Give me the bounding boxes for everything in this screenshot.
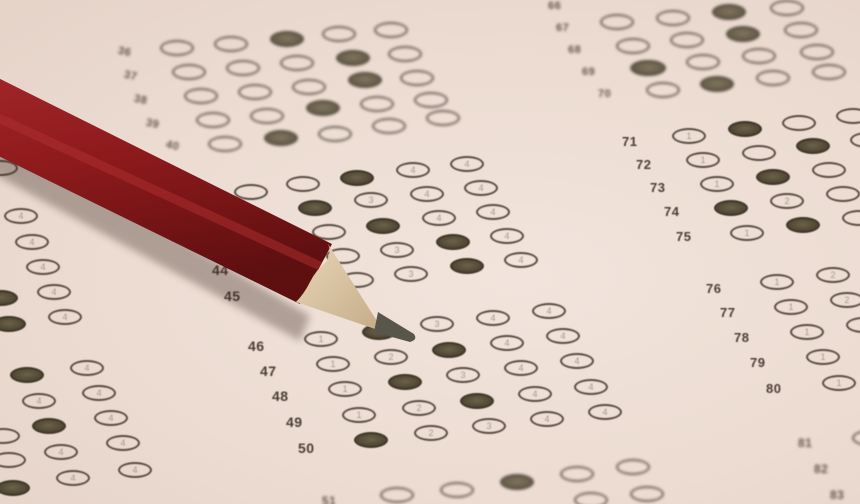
answer-bubble[interactable] [616, 459, 650, 475]
answer-bubble-filled[interactable] [306, 100, 340, 116]
answer-bubble-filled[interactable] [450, 258, 484, 274]
question-number: 74 [664, 204, 679, 219]
answer-bubble-filled[interactable] [436, 234, 470, 250]
answer-bubble[interactable] [812, 162, 846, 178]
answer-bubble[interactable]: 1 [342, 407, 376, 423]
question-number: 82 [814, 462, 828, 476]
answer-bubble[interactable]: 1 [822, 375, 856, 391]
answer-bubble[interactable]: 4 [546, 328, 580, 344]
answer-bubble[interactable] [292, 79, 326, 95]
answer-bubble[interactable] [238, 84, 272, 100]
answer-bubble[interactable] [770, 0, 804, 16]
answer-bubble[interactable] [560, 466, 594, 482]
answer-bubble[interactable]: 1 [304, 331, 338, 347]
answer-bubble[interactable]: 4 [504, 252, 538, 268]
answer-bubble[interactable] [372, 118, 406, 134]
answer-bubble-filled[interactable] [348, 72, 382, 88]
question-number: 36 [117, 45, 132, 59]
answer-bubble[interactable] [208, 136, 242, 152]
answer-bubble-filled[interactable] [264, 130, 298, 146]
answer-bubble[interactable]: 3 [394, 266, 428, 282]
answer-bubble[interactable] [836, 108, 860, 124]
question-number: 78 [734, 330, 749, 345]
answer-bubble[interactable]: 4 [48, 309, 82, 325]
answer-bubble[interactable]: 4 [396, 162, 430, 178]
question-number: 44 [212, 262, 229, 278]
answer-bubble[interactable] [784, 22, 818, 38]
answer-bubble[interactable]: 1 [328, 381, 362, 397]
answer-bubble-filled[interactable] [362, 324, 396, 340]
answer-bubble-filled[interactable] [756, 169, 790, 185]
answer-bubble-filled[interactable] [366, 218, 400, 234]
answer-bubble-filled[interactable] [712, 4, 746, 20]
answer-bubble[interactable] [250, 108, 284, 124]
question-number: 51 [322, 494, 336, 504]
answer-bubble[interactable] [374, 22, 408, 38]
question-number: 66 [548, 0, 561, 12]
answer-bubble[interactable]: 4 [504, 360, 538, 376]
question-number: 80 [766, 381, 781, 396]
answer-bubble[interactable] [184, 88, 218, 104]
question-number: 70 [598, 88, 611, 100]
answer-bubble[interactable] [234, 184, 268, 200]
question-number: 40 [165, 139, 180, 153]
answer-bubble[interactable] [670, 32, 704, 48]
answer-bubble-filled[interactable] [728, 121, 762, 137]
answer-bubble[interactable] [600, 14, 634, 30]
answer-bubble[interactable]: 2 [414, 425, 448, 441]
answer-bubble[interactable]: 4 [44, 444, 78, 460]
question-number: 39 [145, 117, 160, 131]
answer-bubble[interactable] [226, 60, 260, 76]
answer-bubble[interactable]: 3 [446, 367, 480, 383]
answer-bubble[interactable]: 4 [56, 470, 90, 486]
answer-bubble[interactable] [172, 64, 206, 80]
answer-bubble[interactable]: 4 [94, 410, 128, 426]
answer-bubble[interactable]: 1 [316, 356, 350, 372]
question-number: 37 [123, 69, 138, 83]
answer-bubble-filled[interactable] [0, 290, 18, 306]
answer-bubble-filled[interactable] [10, 367, 44, 383]
answer-bubble[interactable] [842, 210, 860, 226]
answer-bubble[interactable] [646, 82, 680, 98]
answer-bubble[interactable]: 4 [490, 228, 524, 244]
answer-bubble-filled[interactable] [354, 432, 388, 448]
answer-bubble[interactable]: 4 [15, 234, 49, 250]
question-number: 45 [224, 288, 241, 304]
answer-bubble[interactable] [414, 92, 448, 108]
answer-bubble[interactable]: 4 [490, 335, 524, 351]
answer-bubble[interactable]: 1 [760, 274, 794, 290]
answer-bubble-filled[interactable] [388, 374, 422, 390]
answer-bubble[interactable]: 4 [70, 360, 104, 376]
answer-bubble-filled[interactable] [460, 393, 494, 409]
answer-bubble[interactable] [0, 428, 20, 444]
question-number: 68 [568, 44, 581, 56]
answer-bubble[interactable]: 1 [730, 225, 764, 241]
question-number: 77 [720, 305, 735, 320]
answer-bubble[interactable] [756, 70, 790, 86]
question-number: 79 [750, 355, 765, 370]
answer-bubble[interactable]: 2 [402, 400, 436, 416]
question-number: 46 [248, 338, 265, 354]
answer-bubble[interactable]: 3 [380, 242, 414, 258]
answer-bubble[interactable] [742, 145, 776, 161]
answer-bubble[interactable]: 1 [774, 299, 808, 315]
answer-bubble[interactable]: 4 [530, 411, 564, 427]
answer-bubble-filled[interactable] [786, 217, 820, 233]
question-number: 76 [706, 281, 721, 296]
answer-bubble[interactable] [322, 26, 356, 42]
question-number: 72 [636, 157, 651, 172]
answer-bubble[interactable] [686, 54, 720, 70]
answer-bubble[interactable] [426, 110, 460, 126]
question-number: 83 [830, 488, 844, 502]
answer-bubble[interactable]: 4 [476, 204, 510, 220]
answer-bubble[interactable] [400, 70, 434, 86]
answer-bubble[interactable] [312, 224, 346, 240]
answer-bubble[interactable]: 2 [374, 349, 408, 365]
answer-bubble[interactable] [360, 96, 394, 112]
answer-bubble[interactable]: 3 [472, 418, 506, 434]
answer-bubble[interactable]: 4 [82, 385, 116, 401]
answer-bubble[interactable] [574, 492, 608, 504]
answer-bubble[interactable]: 4 [518, 386, 552, 402]
answer-bubble[interactable] [280, 55, 314, 71]
answer-bubble[interactable] [812, 64, 846, 80]
answer-bubble[interactable]: 4 [574, 379, 608, 395]
answer-bubble[interactable] [318, 126, 352, 142]
answer-bubble[interactable]: 4 [560, 353, 594, 369]
answer-bubble-filled[interactable] [714, 200, 748, 216]
answer-bubble-filled[interactable] [500, 474, 534, 490]
answer-sheet: 36 37 38 39 40 66 67 68 69 [0, 0, 860, 504]
question-number: 73 [650, 180, 665, 195]
answer-bubble[interactable]: 4 [476, 310, 510, 326]
question-number: 69 [582, 66, 595, 78]
answer-bubble[interactable] [326, 248, 360, 264]
answer-bubble[interactable]: 4 [106, 435, 140, 451]
question-number: 71 [622, 134, 637, 149]
answer-bubble[interactable] [742, 48, 776, 64]
answer-bubble-filled[interactable] [0, 316, 26, 332]
answer-bubble-filled[interactable] [700, 76, 734, 92]
question-number: 49 [286, 414, 303, 430]
answer-bubble[interactable]: 4 [532, 303, 566, 319]
question-number: 38 [133, 93, 148, 107]
answer-bubble-filled[interactable] [336, 50, 370, 66]
answer-bubble[interactable]: 1 [672, 128, 706, 144]
question-number: 48 [272, 388, 289, 404]
answer-bubble-filled[interactable] [298, 200, 332, 216]
answer-bubble[interactable]: 4 [464, 180, 498, 196]
answer-bubble[interactable]: 3 [420, 316, 454, 332]
answer-bubble[interactable]: 4 [4, 208, 38, 224]
answer-bubble-filled[interactable] [340, 170, 374, 186]
answer-bubble[interactable] [0, 452, 26, 468]
answer-bubble[interactable] [782, 115, 816, 131]
answer-bubble[interactable] [440, 482, 474, 498]
answer-bubble-filled[interactable] [632, 60, 666, 76]
answer-bubble[interactable] [380, 487, 414, 503]
answer-bubble-filled[interactable] [0, 480, 30, 496]
answer-bubble[interactable] [850, 132, 860, 148]
answer-bubble[interactable]: 1 [700, 176, 734, 192]
answer-bubble[interactable] [196, 112, 230, 128]
answer-bubble[interactable] [0, 160, 18, 176]
answer-bubble[interactable] [286, 176, 320, 192]
answer-bubble[interactable]: 4 [118, 462, 152, 478]
answer-bubble-filled[interactable] [270, 31, 304, 47]
answer-bubble[interactable] [656, 10, 690, 26]
answer-bubble[interactable]: 2 [816, 267, 850, 283]
answer-bubble[interactable]: 1 [686, 152, 720, 168]
answer-bubble[interactable]: 4 [588, 404, 622, 420]
answer-bubble[interactable] [388, 46, 422, 62]
question-number: 75 [676, 229, 691, 244]
question-number: 81 [798, 436, 812, 450]
answer-bubble[interactable] [800, 44, 834, 60]
answer-bubble[interactable] [616, 38, 650, 54]
answer-bubble[interactable] [214, 36, 248, 52]
question-number: 47 [260, 363, 277, 379]
answer-bubble[interactable]: 1 [790, 324, 824, 340]
answer-bubble[interactable]: 4 [450, 156, 484, 172]
answer-bubble[interactable]: 4 [37, 284, 71, 300]
answer-bubble[interactable]: 2 [830, 292, 860, 308]
answer-bubble[interactable]: 1 [806, 349, 840, 365]
question-number: 67 [556, 22, 569, 34]
answer-bubble[interactable]: 4 [410, 186, 444, 202]
answer-bubble[interactable] [630, 486, 664, 502]
answer-bubble[interactable] [160, 40, 194, 56]
answer-bubble[interactable] [852, 430, 860, 446]
answer-bubble-filled[interactable] [796, 138, 830, 154]
answer-bubble-filled[interactable] [432, 342, 466, 358]
answer-bubble-filled[interactable] [726, 26, 760, 42]
answer-bubble[interactable]: 4 [422, 210, 456, 226]
answer-bubble-filled[interactable] [32, 418, 66, 434]
answer-bubble[interactable] [826, 186, 860, 202]
answer-bubble[interactable]: 4 [26, 259, 60, 275]
answer-bubble[interactable] [340, 272, 374, 288]
answer-bubble[interactable]: 4 [22, 393, 56, 409]
answer-bubble[interactable]: 2 [770, 193, 804, 209]
answer-bubble[interactable] [846, 317, 860, 333]
question-number: 50 [298, 440, 315, 456]
answer-bubble[interactable]: 3 [354, 192, 388, 208]
